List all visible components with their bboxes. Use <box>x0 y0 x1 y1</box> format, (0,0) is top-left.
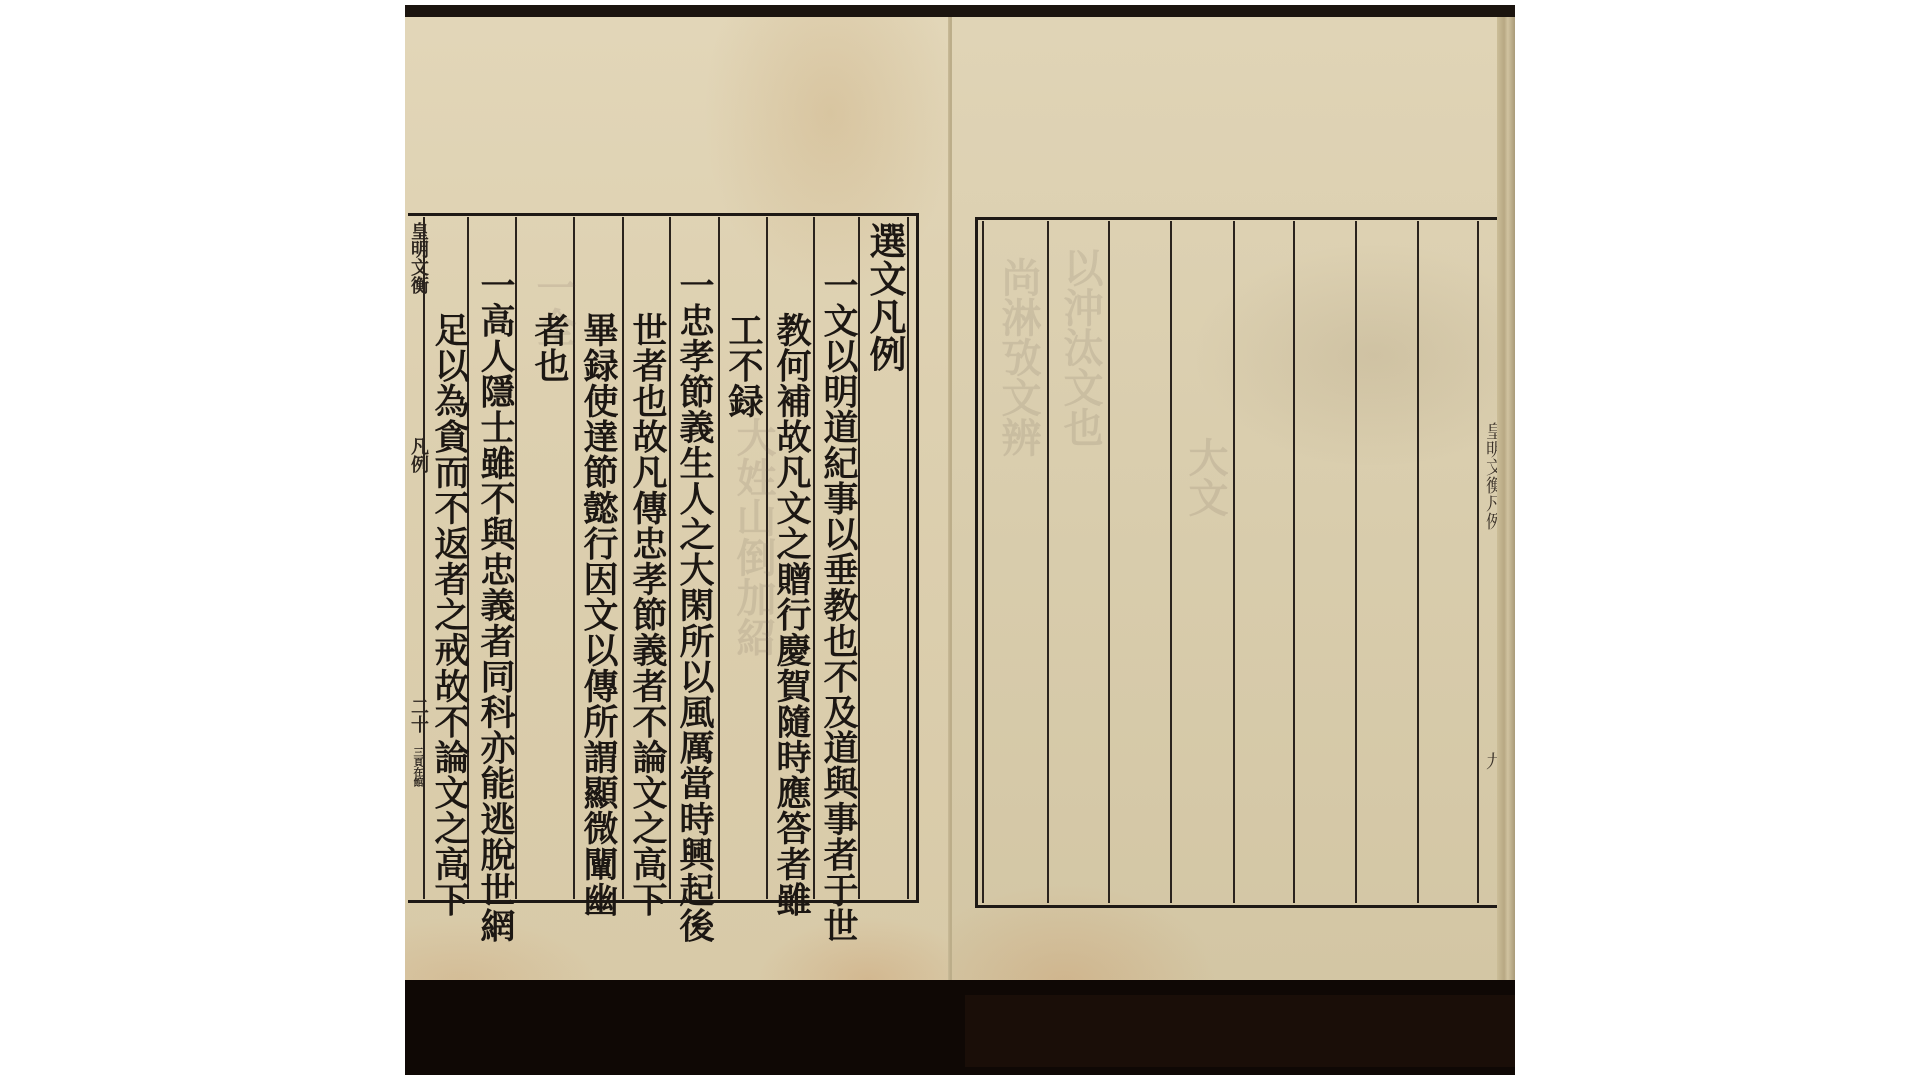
column-rule <box>813 217 815 899</box>
column-rule <box>1355 221 1357 903</box>
column-rule <box>982 221 984 903</box>
right-page: 尚淋攷文辨 以沖汰文也 大文 皇明文衡凡例 九 <box>952 17 1515 983</box>
text-column-6: 畢録使達節懿行因文以傳所謂顯微闡幽 <box>576 312 620 917</box>
column-rule <box>1293 221 1295 903</box>
column-rule <box>622 217 624 899</box>
show-through-text: 大文 <box>1177 437 1234 517</box>
margin-book-title: 皇明文衡 <box>405 222 431 294</box>
show-through-text: 以沖汰文也 <box>1052 247 1109 447</box>
text-column-3: 工不録 <box>721 312 765 419</box>
text-column-9: 足以為貪而不返者之戒故不論文之高下 <box>427 312 471 917</box>
text-column-2: 教何補故凡文之贈行慶賀隨時應答者雖 <box>769 312 813 917</box>
scan-top-border <box>405 5 1515 17</box>
scan-bottom-shadow <box>965 995 1515 1067</box>
margin-section-label: 凡例 <box>405 437 431 473</box>
text-column-4: 一忠孝節義生人之大閑所以風厲當時興起後 <box>672 267 716 943</box>
column-rule <box>1047 221 1049 903</box>
column-rule <box>1233 221 1235 903</box>
margin-page-number: 二十 <box>405 697 431 733</box>
column-rule <box>1477 221 1479 903</box>
text-column-8: 一高人隱士雖不與忠義者同科亦能逃脫世網 <box>473 267 517 943</box>
text-column-7: 者也 <box>527 312 571 383</box>
column-rule <box>1417 221 1419 903</box>
column-rule <box>423 217 425 899</box>
heading-title: 選文凡例 <box>863 222 907 372</box>
column-rule <box>1170 221 1172 903</box>
page-fold-edge <box>1497 17 1515 983</box>
text-column-1: 一文以明道紀事以垂教也不及道與事者于世 <box>816 267 860 943</box>
column-rule <box>669 217 671 899</box>
column-rule <box>718 217 720 899</box>
margin-small-note: 三頁在館 <box>411 747 421 787</box>
text-column-5: 世者也故凡傳忠孝節義者不論文之高下 <box>625 312 669 917</box>
column-rule <box>907 217 909 899</box>
show-through-text: 尚淋攷文辨 <box>990 257 1047 457</box>
book-scan: 一全 大姓山倒加紹 選文凡例 一文以明道紀事以垂教也不及道與事者于世 教何補故凡… <box>405 5 1515 1075</box>
left-page: 一全 大姓山倒加紹 選文凡例 一文以明道紀事以垂教也不及道與事者于世 教何補故凡… <box>405 17 950 980</box>
